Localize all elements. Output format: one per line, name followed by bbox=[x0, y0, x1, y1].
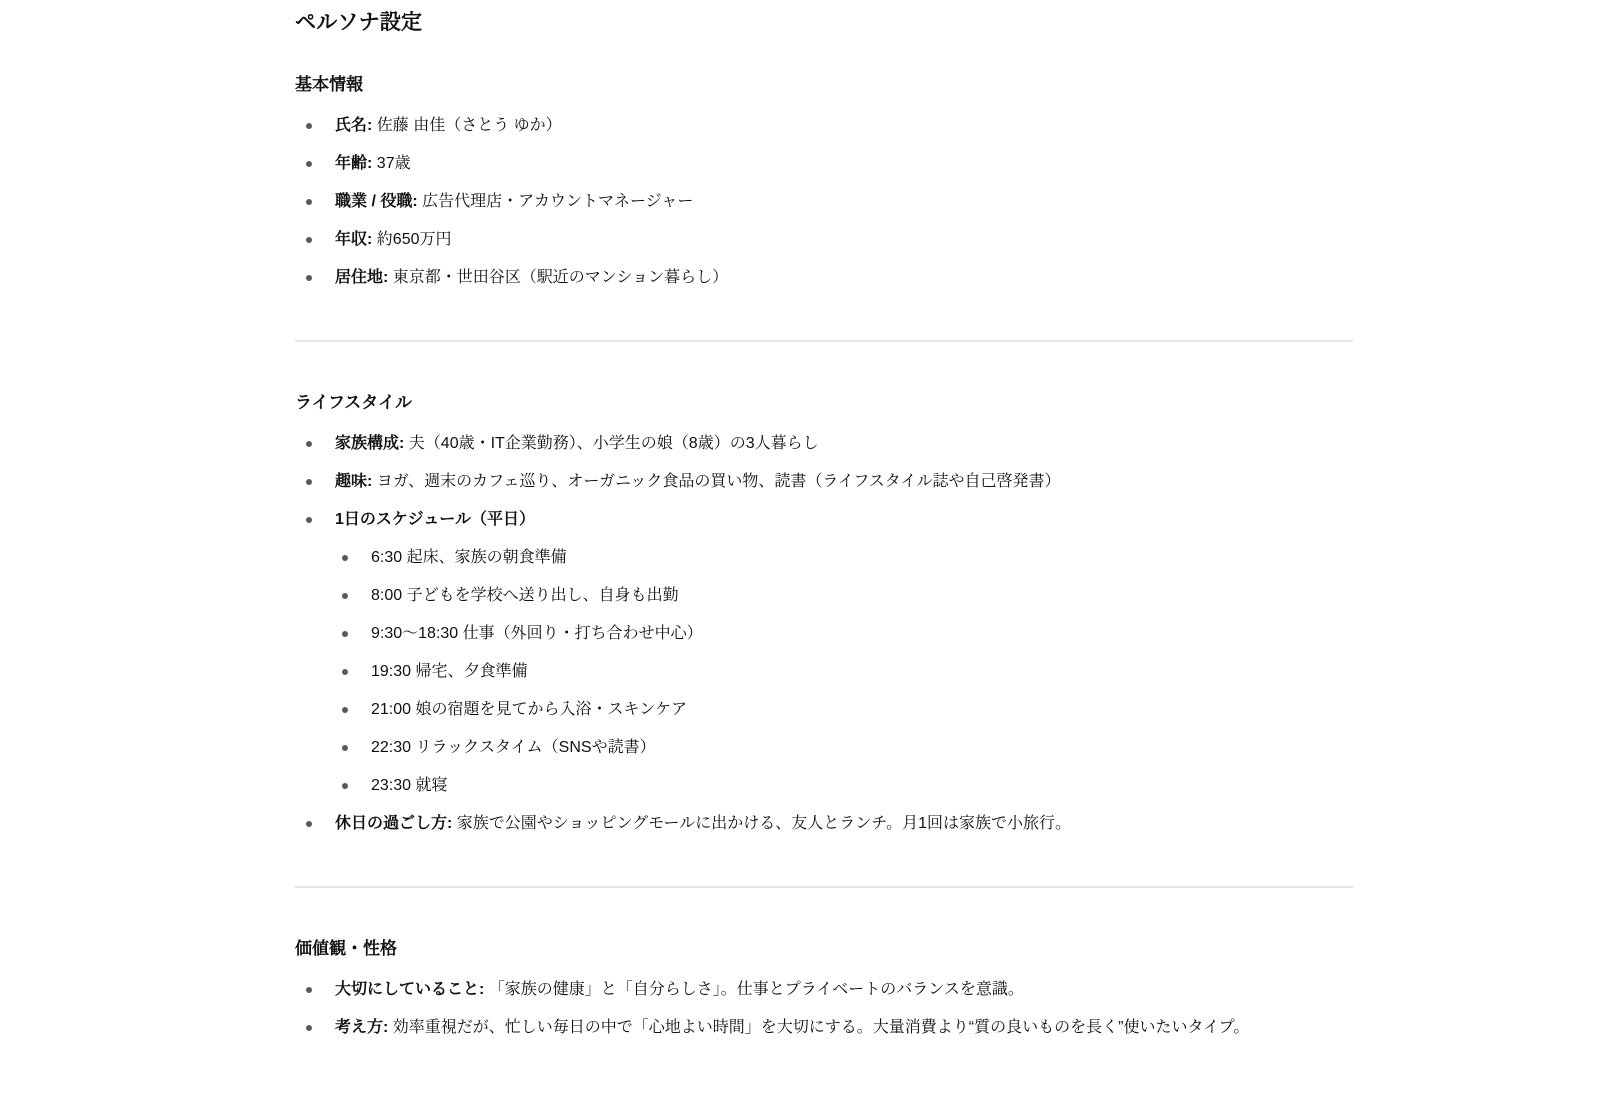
list-item-hobbies: 趣味: ヨガ、週末のカフェ巡り、オーガニック食品の買い物、読書（ライフスタイル誌… bbox=[335, 468, 1353, 496]
section-basic-info: 基本情報 氏名: 佐藤 由佳（さとう ゆか） 年齢: 37歳 職業 / 役職: … bbox=[295, 72, 1353, 292]
item-label: 氏名: bbox=[335, 117, 372, 134]
persona-document: ペルソナ設定 基本情報 氏名: 佐藤 由佳（さとう ゆか） 年齢: 37歳 職業… bbox=[295, 8, 1353, 1042]
schedule-item: 19:30 帰宅、夕食準備 bbox=[371, 658, 1353, 686]
section-lifestyle: ライフスタイル 家族構成: 夫（40歳・IT企業勤務）、小学生の娘（8歳）の3人… bbox=[295, 390, 1353, 838]
list-item-age: 年齢: 37歳 bbox=[335, 150, 1353, 178]
schedule-item: 8:00 子どもを学校へ送り出し、自身も出勤 bbox=[371, 582, 1353, 610]
schedule-text: 19:30 帰宅、夕食準備 bbox=[371, 663, 528, 680]
item-text: 広告代理店・アカウントマネージャー bbox=[418, 193, 694, 210]
section-divider bbox=[295, 340, 1353, 342]
item-label: 大切にしていること: bbox=[335, 981, 484, 998]
item-label: 年収: bbox=[335, 231, 372, 248]
item-label: 休日の過ごし方: bbox=[335, 815, 452, 832]
schedule-text: 9:30〜18:30 仕事（外回り・打ち合わせ中心） bbox=[371, 625, 703, 642]
document-title: ペルソナ設定 bbox=[295, 8, 1353, 38]
schedule-item: 6:30 起床、家族の朝食準備 bbox=[371, 544, 1353, 572]
item-text: ヨガ、週末のカフェ巡り、オーガニック食品の買い物、読書（ライフスタイル誌や自己啓… bbox=[372, 473, 1060, 490]
schedule-item: 21:00 娘の宿題を見てから入浴・スキンケア bbox=[371, 696, 1353, 724]
basic-info-list: 氏名: 佐藤 由佳（さとう ゆか） 年齢: 37歳 職業 / 役職: 広告代理店… bbox=[295, 112, 1353, 292]
item-label: 趣味: bbox=[335, 473, 372, 490]
item-label: 考え方: bbox=[335, 1019, 388, 1036]
schedule-sublist: 6:30 起床、家族の朝食準備 8:00 子どもを学校へ送り出し、自身も出勤 9… bbox=[335, 544, 1353, 800]
section-heading-values: 価値観・性格 bbox=[295, 936, 1353, 962]
item-text: 「家族の健康」と「自分らしさ」。仕事とプライベートのバランスを意識。 bbox=[484, 981, 1024, 998]
list-item-family: 家族構成: 夫（40歳・IT企業勤務）、小学生の娘（8歳）の3人暮らし bbox=[335, 430, 1353, 458]
list-item-daily-schedule: 1日のスケジュール（平日） 6:30 起床、家族の朝食準備 8:00 子どもを学… bbox=[335, 506, 1353, 800]
list-item-occupation: 職業 / 役職: 広告代理店・アカウントマネージャー bbox=[335, 188, 1353, 216]
section-heading-basic-info: 基本情報 bbox=[295, 72, 1353, 98]
schedule-item: 22:30 リラックスタイム（SNSや読書） bbox=[371, 734, 1353, 762]
item-label: 年齢: bbox=[335, 155, 372, 172]
item-text: 効率重視だが、忙しい毎日の中で「心地よい時間」を大切にする。大量消費より“質の良… bbox=[388, 1019, 1249, 1036]
item-label: 1日のスケジュール（平日） bbox=[335, 511, 535, 528]
list-item-priorities: 大切にしていること: 「家族の健康」と「自分らしさ」。仕事とプライベートのバラン… bbox=[335, 976, 1353, 1004]
schedule-text: 21:00 娘の宿題を見てから入浴・スキンケア bbox=[371, 701, 687, 718]
schedule-text: 22:30 リラックスタイム（SNSや読書） bbox=[371, 739, 656, 756]
schedule-text: 23:30 就寝 bbox=[371, 777, 448, 794]
section-heading-lifestyle: ライフスタイル bbox=[295, 390, 1353, 416]
list-item-residence: 居住地: 東京都・世田谷区（駅近のマンション暮らし） bbox=[335, 264, 1353, 292]
item-text: 佐藤 由佳（さとう ゆか） bbox=[372, 117, 561, 134]
list-item-weekend: 休日の過ごし方: 家族で公園やショッピングモールに出かける、友人とランチ。月1回… bbox=[335, 810, 1353, 838]
list-item-income: 年収: 約650万円 bbox=[335, 226, 1353, 254]
item-text: 37歳 bbox=[372, 155, 410, 172]
lifestyle-list: 家族構成: 夫（40歳・IT企業勤務）、小学生の娘（8歳）の3人暮らし 趣味: … bbox=[295, 430, 1353, 838]
item-label: 職業 / 役職: bbox=[335, 193, 418, 210]
list-item-mindset: 考え方: 効率重視だが、忙しい毎日の中で「心地よい時間」を大切にする。大量消費よ… bbox=[335, 1014, 1353, 1042]
section-divider bbox=[295, 886, 1353, 888]
item-text: 東京都・世田谷区（駅近のマンション暮らし） bbox=[388, 269, 728, 286]
schedule-text: 6:30 起床、家族の朝食準備 bbox=[371, 549, 567, 566]
item-label: 家族構成: bbox=[335, 435, 404, 452]
item-text: 夫（40歳・IT企業勤務）、小学生の娘（8歳）の3人暮らし bbox=[404, 435, 818, 452]
schedule-text: 8:00 子どもを学校へ送り出し、自身も出勤 bbox=[371, 587, 679, 604]
schedule-item: 9:30〜18:30 仕事（外回り・打ち合わせ中心） bbox=[371, 620, 1353, 648]
item-text: 約650万円 bbox=[372, 231, 451, 248]
item-text: 家族で公園やショッピングモールに出かける、友人とランチ。月1回は家族で小旅行。 bbox=[452, 815, 1071, 832]
values-list: 大切にしていること: 「家族の健康」と「自分らしさ」。仕事とプライベートのバラン… bbox=[295, 976, 1353, 1042]
section-values-personality: 価値観・性格 大切にしていること: 「家族の健康」と「自分らしさ」。仕事とプライ… bbox=[295, 936, 1353, 1042]
schedule-item: 23:30 就寝 bbox=[371, 772, 1353, 800]
item-label: 居住地: bbox=[335, 269, 388, 286]
list-item-name: 氏名: 佐藤 由佳（さとう ゆか） bbox=[335, 112, 1353, 140]
